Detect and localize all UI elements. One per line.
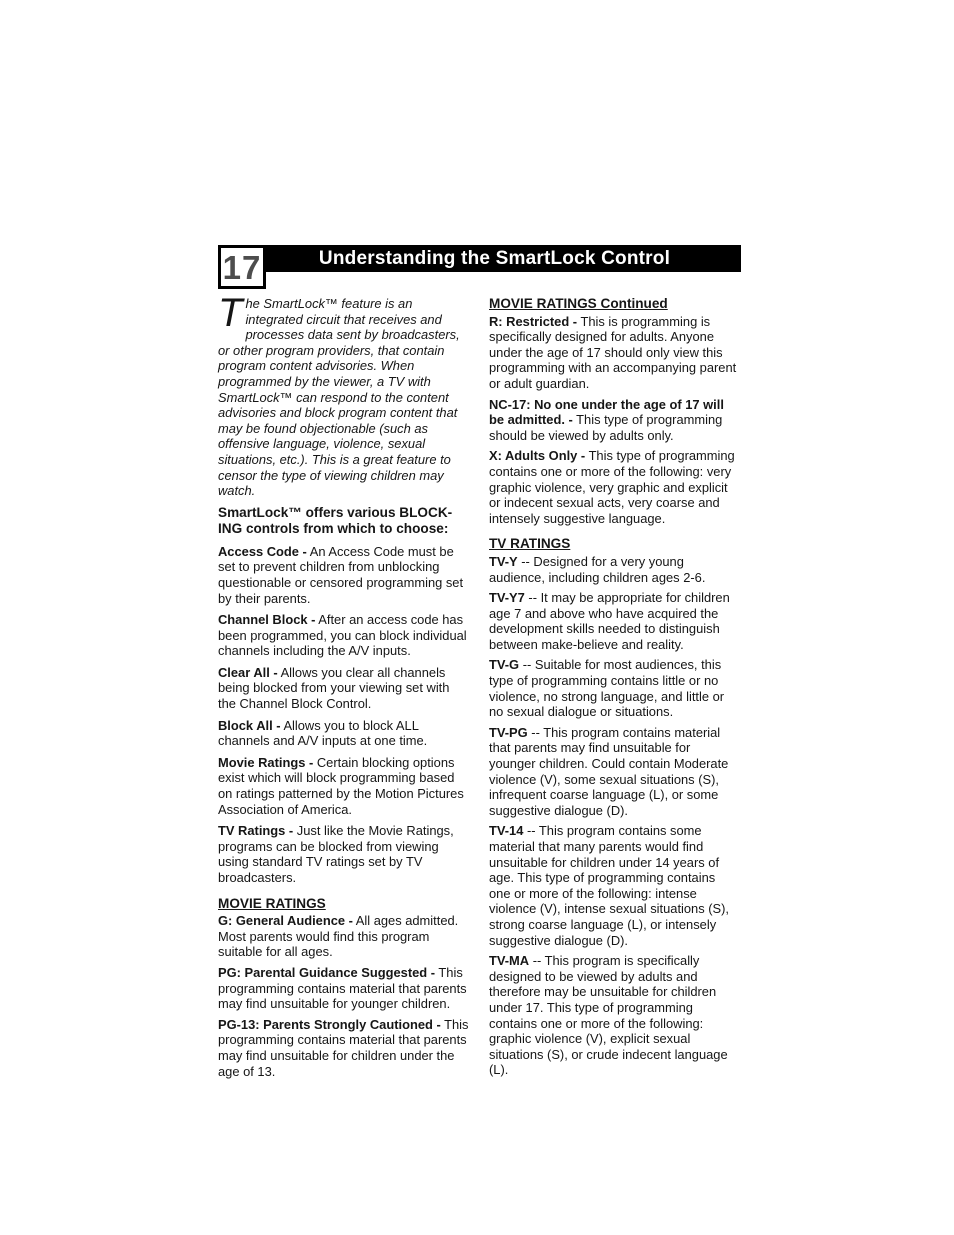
entry-tv-ratings: TV Ratings - Just like the Movie Ratings… — [218, 823, 469, 885]
entry-label: R: Restricted - — [489, 314, 577, 329]
drop-cap: T — [218, 298, 242, 328]
intro-paragraph: The SmartLock™ feature is an integrated … — [218, 296, 469, 499]
entry-access-code: Access Code - An Access Code must be set… — [218, 544, 469, 606]
entry-clear-all: Clear All - Allows you clear all channel… — [218, 665, 469, 712]
blocking-controls-heading: SmartLock™ offers various BLOCK-ING cont… — [218, 505, 469, 537]
right-column: MOVIE RATINGS Continued R: Restricted - … — [489, 296, 740, 1084]
tv-ratings-heading: TV RATINGS — [489, 536, 740, 552]
movie-ratings-continued-heading: MOVIE RATINGS Continued — [489, 296, 740, 312]
entry-rating-g: G: General Audience - All ages admitted.… — [218, 913, 469, 960]
entry-rating-r: R: Restricted - This is programming is s… — [489, 314, 740, 392]
entry-label: TV-Y — [489, 554, 518, 569]
entry-rating-pg13: PG-13: Parents Strongly Cautioned - This… — [218, 1017, 469, 1079]
movie-ratings-heading: MOVIE RATINGS — [218, 896, 469, 912]
entry-label: Access Code - — [218, 544, 307, 559]
entry-label: TV-MA — [489, 953, 529, 968]
entry-label: Block All - — [218, 718, 281, 733]
entry-tv-14: TV-14 -- This program contains some mate… — [489, 823, 740, 948]
entry-label: G: General Audience - — [218, 913, 353, 928]
entry-label: TV-14 — [489, 823, 523, 838]
entry-label: PG-13: Parents Strongly Cautioned - — [218, 1017, 441, 1032]
left-column: The SmartLock™ feature is an integrated … — [218, 296, 469, 1084]
entry-label: TV-G — [489, 657, 519, 672]
entry-label: PG: Parental Guidance Suggested - — [218, 965, 435, 980]
entry-text: -- This program is specifically designed… — [489, 953, 728, 1077]
entry-label: TV Ratings - — [218, 823, 293, 838]
section-header-bar: Understanding the SmartLock Control — [218, 245, 741, 272]
entry-tv-ma: TV-MA -- This program is specifically de… — [489, 953, 740, 1078]
entry-text: -- It may be appropriate for children ag… — [489, 590, 730, 652]
entry-rating-x: X: Adults Only - This type of programmin… — [489, 448, 740, 526]
entry-tv-g: TV-G -- Suitable for most audiences, thi… — [489, 657, 740, 719]
content-columns: The SmartLock™ feature is an integrated … — [218, 296, 741, 1084]
entry-label: TV-PG — [489, 725, 528, 740]
entry-movie-ratings: Movie Ratings - Certain blocking options… — [218, 755, 469, 817]
manual-page: Understanding the SmartLock Control 17 T… — [0, 0, 954, 1235]
page-number: 17 — [223, 251, 262, 284]
entry-rating-nc17: NC-17: No one under the age of 17 will b… — [489, 397, 740, 444]
entry-rating-pg: PG: Parental Guidance Suggested - This p… — [218, 965, 469, 1012]
entry-text: -- Suitable for most audiences, this typ… — [489, 657, 724, 719]
entry-label: Channel Block - — [218, 612, 315, 627]
page-number-box: 17 — [218, 245, 266, 289]
page-title: Understanding the SmartLock Control — [289, 248, 670, 270]
entry-text: -- This program contains some material t… — [489, 823, 729, 947]
entry-label: X: Adults Only - — [489, 448, 585, 463]
entry-label: TV-Y7 — [489, 590, 525, 605]
entry-label: Clear All - — [218, 665, 278, 680]
entry-label: Movie Ratings - — [218, 755, 313, 770]
intro-text: he SmartLock™ feature is an integrated c… — [218, 296, 460, 498]
entry-tv-pg: TV-PG -- This program contains material … — [489, 725, 740, 819]
entry-channel-block: Channel Block - After an access code has… — [218, 612, 469, 659]
entry-tv-y: TV-Y -- Designed for a very young audien… — [489, 554, 740, 585]
entry-text: -- Designed for a very young audience, i… — [489, 554, 705, 585]
entry-tv-y7: TV-Y7 -- It may be appropriate for child… — [489, 590, 740, 652]
entry-block-all: Block All - Allows you to block ALL chan… — [218, 718, 469, 749]
